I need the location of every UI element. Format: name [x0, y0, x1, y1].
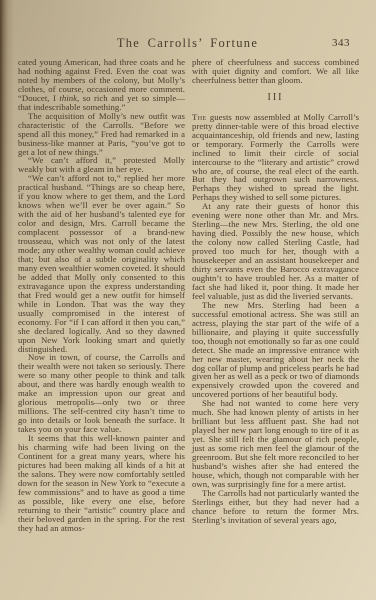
book-page: The Carrolls’ Fortune 343 cated young Am…: [0, 0, 376, 600]
page-edge-shadow: [0, 0, 14, 600]
paragraph: The guests now assembled at Molly Carrol…: [192, 113, 359, 203]
paragraph: The acquisition of Molly’s new outfit wa…: [18, 112, 185, 157]
text-column-left: cated young American, had three coats an…: [18, 58, 185, 533]
text-columns: cated young American, had three coats an…: [18, 58, 359, 533]
paragraph: At any rate their guests of honor this e…: [192, 202, 359, 300]
paragraph: She had not wanted to come here very muc…: [192, 399, 359, 489]
running-head: The Carrolls’ Fortune 343: [18, 36, 357, 52]
paragraph: The new Mrs. Sterling had been a success…: [192, 301, 359, 399]
page-number: 343: [332, 37, 350, 49]
running-head-title: The Carrolls’ Fortune: [18, 36, 357, 51]
text-column-right: phere of cheerfulness and success combin…: [192, 58, 359, 533]
paragraph: phere of cheerfulness and success combin…: [192, 58, 359, 85]
paragraph: It seems that this well-known painter an…: [18, 434, 185, 532]
paragraph: The Carrolls had not particularly wanted…: [192, 489, 359, 525]
paragraph-text: guests now assembled at Molly Carroll’s …: [192, 112, 359, 203]
paragraph: “We can’t afford not to,” replied her mo…: [18, 174, 185, 353]
section-heading: III: [192, 94, 359, 103]
paragraph: “We can’t afford it,” protested Molly we…: [18, 156, 185, 174]
paragraph: Now in town, of course, the Carrolls and…: [18, 353, 185, 434]
paragraph: cated young American, had three coats an…: [18, 58, 185, 112]
